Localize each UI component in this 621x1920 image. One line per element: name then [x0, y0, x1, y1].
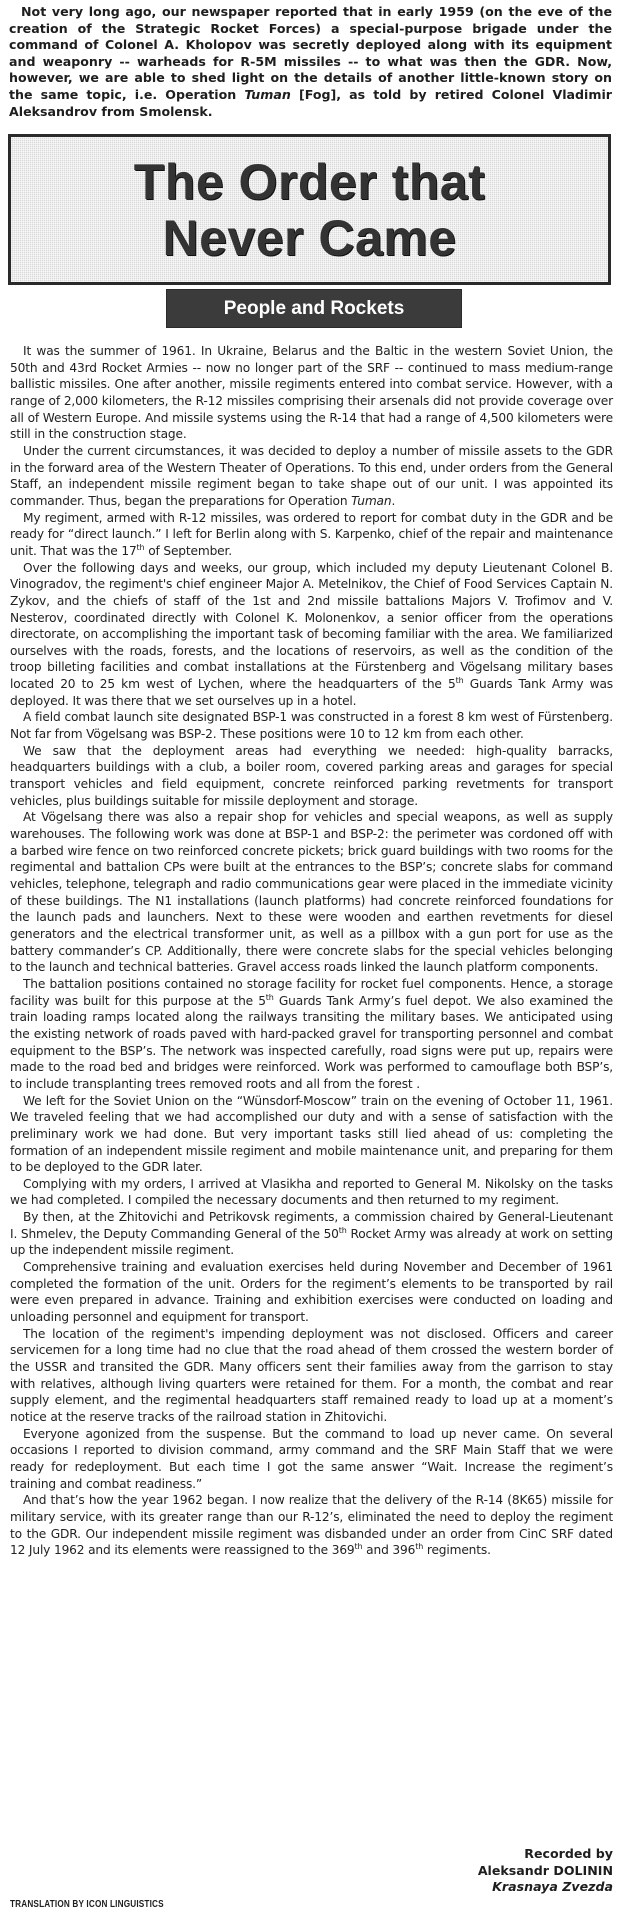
paragraph: We saw that the deployment areas had eve…	[10, 743, 613, 810]
headline-line-1: The Order that	[134, 154, 485, 210]
byline-recorded-by: Recorded by	[478, 1846, 613, 1863]
paragraph: Complying with my orders, I arrived at V…	[10, 1176, 613, 1209]
paragraph: Everyone agonized from the suspense. But…	[10, 1426, 613, 1493]
translation-credit: TRANSLATION BY ICON LINGUISTICS	[10, 1899, 164, 1910]
byline-author: Aleksandr DOLININ	[478, 1863, 613, 1880]
paragraph: Over the following days and weeks, our g…	[10, 560, 613, 710]
paragraph: The battalion positions contained no sto…	[10, 976, 613, 1093]
paragraph: By then, at the Zhitovichi and Petrikovs…	[10, 1209, 613, 1259]
intro-italic-term: Tuman	[244, 87, 291, 102]
intro-paragraph: Not very long ago, our newspaper reporte…	[9, 4, 612, 120]
paragraph: A field combat launch site designated BS…	[10, 709, 613, 742]
headline-box: The Order that Never Came	[8, 134, 611, 285]
byline: Recorded by Aleksandr DOLININ Krasnaya Z…	[478, 1846, 613, 1896]
byline-publication: Krasnaya Zvezda	[478, 1879, 613, 1896]
paragraph: We left for the Soviet Union on the “Wün…	[10, 1093, 613, 1176]
article-body: It was the summer of 1961. In Ukraine, B…	[10, 343, 613, 1559]
paragraph: The location of the regiment's impending…	[10, 1326, 613, 1426]
headline-line-2: Never Came	[162, 210, 456, 266]
paragraph: Under the current circumstances, it was …	[10, 443, 613, 510]
section-banner: People and Rockets	[166, 289, 462, 328]
paragraph: At Vögelsang there was also a repair sho…	[10, 809, 613, 976]
paragraph: It was the summer of 1961. In Ukraine, B…	[10, 343, 613, 443]
paragraph: My regiment, armed with R-12 missiles, w…	[10, 510, 613, 560]
paragraph: And that’s how the year 1962 began. I no…	[10, 1492, 613, 1559]
paragraph: Comprehensive training and evaluation ex…	[10, 1259, 613, 1326]
